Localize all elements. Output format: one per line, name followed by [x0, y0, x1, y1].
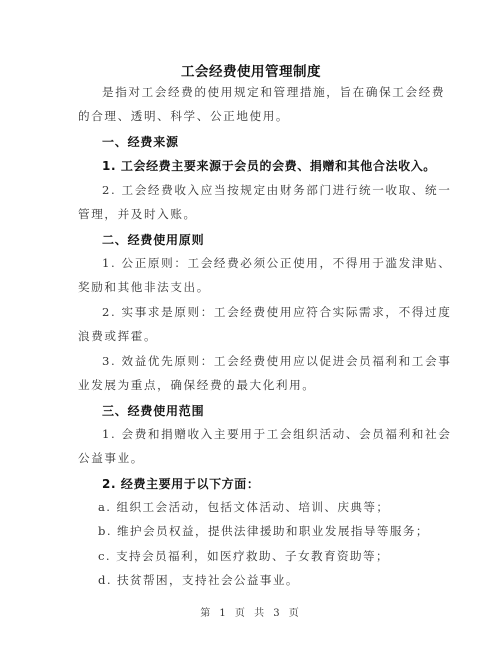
- subitem-a: a. 组织工会活动，包括文体活动、培训、庆典等；: [98, 499, 389, 515]
- subitem-c: c. 支持会员福利，如医疗救助、子女教育资助等；: [98, 548, 389, 564]
- section-3-item-2: 2. 经费主要用于以下方面：: [102, 475, 260, 492]
- section-2-item-2-line-2: 浪费或挥霍。: [78, 328, 157, 344]
- section-2-item-1-line-1: 1. 公正原则：工会经费必须公正使用，不得用于滥发津贴、: [102, 255, 451, 271]
- section-heading-1: 一、经费来源: [102, 133, 179, 150]
- section-heading-2: 二、经费使用原则: [102, 231, 204, 248]
- section-2-item-3-line-2: 业发展为重点，确保经费的最大化利用。: [78, 377, 316, 393]
- section-3-item-1-line-1: 1. 会费和捐赠收入主要用于工会组织活动、会员福利和社会: [102, 426, 451, 442]
- section-1-item-2-line-2: 管理，并及时入账。: [78, 206, 197, 222]
- section-2-item-2-line-1: 2. 实事求是原则：工会经费使用应符合实际需求，不得过度: [102, 304, 451, 320]
- section-1-item-1: 1. 工会经费主要来源于会员的会费、捐赠和其他合法收入。: [102, 157, 436, 174]
- intro-line-2: 的合理、透明、科学、公正地使用。: [78, 108, 289, 124]
- section-heading-3: 三、经费使用范围: [102, 402, 204, 419]
- page-footer: 第 1 页 共 3 页: [0, 604, 502, 619]
- subitem-b: b. 维护会员权益，提供法律援助和职业发展指导等服务；: [98, 523, 429, 539]
- document-title: 工会经费使用管理制度: [0, 60, 502, 80]
- section-1-item-2-line-1: 2. 工会经费收入应当按规定由财务部门进行统一收取、统一: [102, 182, 451, 198]
- section-2-item-1-line-2: 奖励和其他非法支出。: [78, 279, 210, 295]
- section-2-item-3-line-1: 3. 效益优先原则：工会经费使用应以促进会员福利和工会事: [102, 353, 451, 369]
- section-3-item-1-line-2: 公益事业。: [78, 450, 144, 466]
- subitem-d: d. 扶贫帮困，支持社会公益事业。: [98, 572, 299, 588]
- intro-line-1: 是指对工会经费的使用规定和管理措施，旨在确保工会经费: [102, 84, 445, 100]
- document-page: 工会经费使用管理制度 是指对工会经费的使用规定和管理措施，旨在确保工会经费 的合…: [0, 0, 502, 649]
